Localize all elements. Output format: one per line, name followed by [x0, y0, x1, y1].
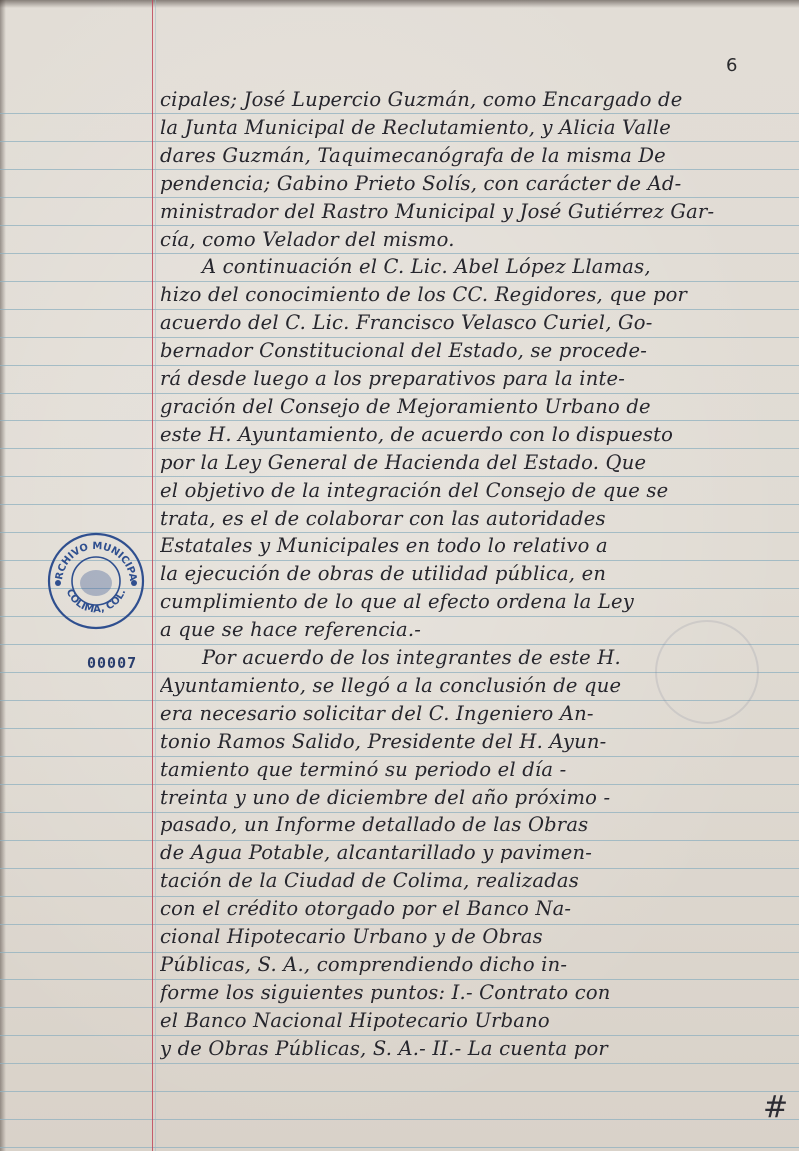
handwritten-line: con el crédito otorgado por el Banco Na- [160, 897, 796, 920]
page-edge-shadow [0, 0, 799, 8]
handwritten-line: bernador Constitucional del Estado, se p… [160, 339, 796, 362]
handwritten-line: tonio Ramos Salido, Presidente del H. Ay… [160, 730, 796, 753]
end-of-page-mark: # [763, 1090, 788, 1125]
page-number: 6 [726, 55, 737, 76]
ruled-line [0, 141, 799, 142]
handwritten-line: treinta y uno de diciembre del año próxi… [160, 786, 796, 809]
handwritten-line: trata, es el de colaborar con las autori… [160, 507, 796, 530]
handwritten-line: por la Ley General de Hacienda del Estad… [160, 451, 796, 474]
handwritten-line: cumplimiento de lo que al efecto ordena … [160, 590, 796, 613]
binding-shadow [0, 0, 6, 1151]
ruled-line [0, 476, 799, 477]
handwritten-line: Estatales y Municipales en todo lo relat… [160, 534, 796, 557]
handwritten-line: dares Guzmán, Taquimecanógrafa de la mis… [160, 144, 796, 167]
ruled-line [0, 504, 799, 505]
handwritten-line: rá desde luego a los preparativos para l… [160, 367, 796, 390]
handwritten-line: cional Hipotecario Urbano y de Obras [160, 925, 796, 948]
handwritten-line: Por acuerdo de los integrantes de este H… [160, 646, 799, 669]
ruled-line [0, 393, 799, 394]
handwritten-line: el objetivo de la integración del Consej… [160, 479, 796, 502]
folio-number: 00007 [87, 654, 137, 672]
handwritten-line: tación de la Ciudad de Colima, realizada… [160, 869, 796, 892]
ruled-line [0, 1091, 799, 1092]
handwritten-line: ministrador del Rastro Municipal y José … [160, 200, 796, 223]
handwritten-line: tamiento que terminó su periodo el día - [160, 758, 796, 781]
ruled-line [0, 113, 799, 114]
handwritten-line: y de Obras Públicas, S. A.- II.- La cuen… [160, 1037, 796, 1060]
ruled-line [0, 337, 799, 338]
handwritten-line: hizo del conocimiento de los CC. Regidor… [160, 283, 796, 306]
ruled-line [0, 281, 799, 282]
ruled-line [0, 1147, 799, 1148]
handwritten-line: acuerdo del C. Lic. Francisco Velasco Cu… [160, 311, 796, 334]
ruled-line [0, 1119, 799, 1120]
handwritten-line: a que se hace referencia.- [160, 618, 796, 641]
ruled-line [0, 197, 799, 198]
document-page: 6 ARCHIVO MUNICIPAL COLIMA, COL. 00007 c… [0, 0, 799, 1151]
margin-line [152, 0, 153, 1151]
handwritten-line: pendencia; Gabino Prieto Solís, con cará… [160, 172, 796, 195]
archive-stamp-icon: ARCHIVO MUNICIPAL COLIMA, COL. [46, 531, 146, 631]
handwritten-line: la Junta Municipal de Reclutamiento, y A… [160, 116, 796, 139]
handwritten-line: gración del Consejo de Mejoramiento Urba… [160, 395, 796, 418]
handwritten-line: cía, como Velador del mismo. [160, 228, 796, 251]
ruled-line [0, 253, 799, 254]
margin-line-secondary [155, 0, 156, 1151]
ruled-line [0, 448, 799, 449]
ruled-line [0, 365, 799, 366]
handwritten-line: el Banco Nacional Hipotecario Urbano [160, 1009, 796, 1032]
handwritten-line: Públicas, S. A., comprendiendo dicho in- [160, 953, 796, 976]
ruled-line [0, 225, 799, 226]
handwritten-line: pasado, un Informe detallado de las Obra… [160, 813, 796, 836]
handwritten-line: cipales; José Lupercio Guzmán, como Enca… [160, 88, 796, 111]
handwritten-line: A continuación el C. Lic. Abel López Lla… [160, 255, 799, 278]
ruled-line [0, 420, 799, 421]
handwritten-line: forme los siguientes puntos: I.- Contrat… [160, 981, 796, 1004]
ruled-line [0, 1063, 799, 1064]
handwritten-line: Ayuntamiento, se llegó a la conclusión d… [160, 674, 796, 697]
handwritten-line: la ejecución de obras de utilidad públic… [160, 562, 796, 585]
handwritten-line: de Agua Potable, alcantarillado y pavime… [160, 841, 796, 864]
handwritten-line: este H. Ayuntamiento, de acuerdo con lo … [160, 423, 796, 446]
ruled-line [0, 309, 799, 310]
handwritten-line: era necesario solicitar del C. Ingeniero… [160, 702, 796, 725]
ruled-line [0, 169, 799, 170]
